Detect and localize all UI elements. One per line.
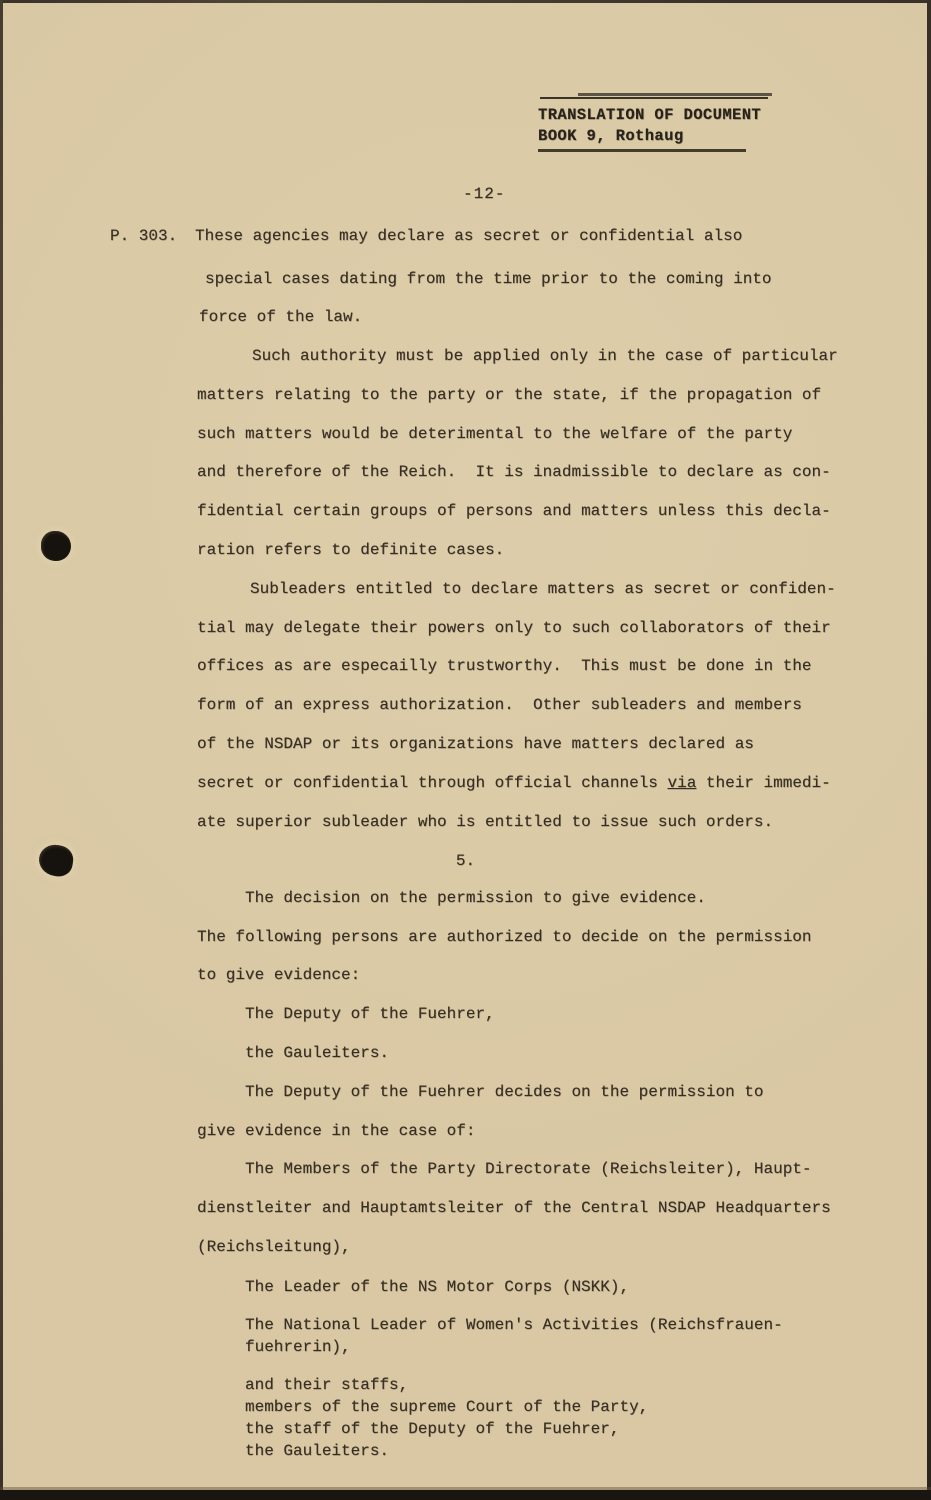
text-line: secret or confidential through official …	[197, 774, 831, 793]
text-line: These agencies may declare as secret or …	[195, 227, 742, 246]
stamp-book-reference: BOOK 9, Rothaug	[538, 126, 746, 152]
text-line: special cases dating from the time prior…	[205, 270, 772, 289]
stamp-title: TRANSLATION OF DOCUMENT	[538, 105, 770, 126]
margin-page-reference: P. 303.	[110, 227, 177, 245]
punch-hole-bottom	[37, 843, 75, 879]
text-line: matters relating to the party or the sta…	[197, 386, 821, 405]
scan-edge-right	[927, 0, 931, 1500]
text-line: and their staffs,	[245, 1376, 408, 1395]
stamp-top-rule	[540, 97, 768, 105]
text-line: (Reichsleitung),	[197, 1238, 351, 1257]
text-line: The Deputy of the Fuehrer decides on the…	[245, 1083, 763, 1102]
text-line: Subleaders entitled to declare matters a…	[250, 580, 836, 599]
text-line: the Gauleiters.	[245, 1044, 389, 1063]
scan-edge-top	[0, 0, 931, 3]
text-line: the Gauleiters.	[245, 1442, 389, 1461]
text-line: form of an express authorization. Other …	[197, 696, 802, 715]
text-line: The National Leader of Women's Activitie…	[245, 1316, 783, 1335]
scan-edge-bottom	[0, 1490, 931, 1500]
text-line: ate superior subleader who is entitled t…	[197, 813, 773, 832]
text-line: The decision on the permission to give e…	[245, 889, 706, 908]
text-line: The Deputy of the Fuehrer,	[245, 1005, 495, 1024]
text-line: fidential certain groups of persons and …	[197, 502, 831, 521]
text-line: of the NSDAP or its organizations have m…	[197, 735, 754, 754]
text-line: offices as are especailly trustworthy. T…	[197, 657, 812, 676]
text-line: force of the law.	[199, 308, 362, 327]
text-line: 5.	[0, 852, 931, 871]
text-line: the staff of the Deputy of the Fuehrer,	[245, 1420, 619, 1439]
text-line: dienstleiter and Hauptamtsleiter of the …	[197, 1199, 831, 1218]
punch-hole-top	[41, 531, 71, 561]
text-line: ration refers to definite cases.	[197, 541, 504, 560]
text-line: The Leader of the NS Motor Corps (NSKK),	[245, 1278, 629, 1297]
text-line: to give evidence:	[197, 966, 360, 985]
text-line: such matters would be deterimental to th…	[197, 425, 792, 444]
document-page: TRANSLATION OF DOCUMENT BOOK 9, Rothaug …	[0, 0, 931, 1500]
text-line: The following persons are authorized to …	[197, 928, 812, 947]
page-number: -12-	[463, 185, 505, 203]
text-line: give evidence in the case of:	[197, 1122, 475, 1141]
text-line: The Members of the Party Directorate (Re…	[245, 1160, 812, 1179]
text-line: Such authority must be applied only in t…	[252, 347, 838, 366]
text-line: members of the supreme Court of the Part…	[245, 1398, 648, 1417]
text-line: and therefore of the Reich. It is inadmi…	[197, 463, 831, 482]
scan-edge-left	[0, 0, 3, 1500]
text-line: fuehrerin),	[245, 1338, 351, 1357]
text-line: tial may delegate their powers only to s…	[197, 619, 831, 638]
document-stamp: TRANSLATION OF DOCUMENT BOOK 9, Rothaug	[538, 97, 770, 152]
